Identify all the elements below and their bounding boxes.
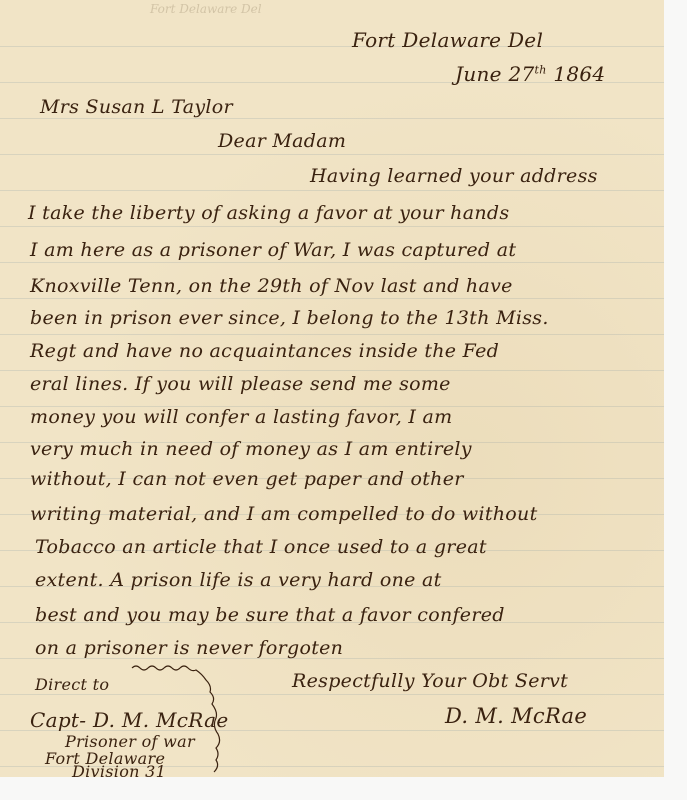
date-year: 1864 bbox=[553, 62, 605, 86]
body-line: been in prison ever since, I belong to t… bbox=[30, 307, 549, 329]
letter-paper: Fort Delaware Del Fort Delaware Del June… bbox=[0, 0, 664, 777]
body-line: extent. A prison life is a very hard one… bbox=[35, 569, 442, 591]
body-line: Tobacco an article that I once used to a… bbox=[35, 536, 487, 558]
signature: D. M. McRae bbox=[445, 704, 587, 728]
body-line: money you will confer a lasting favor, I… bbox=[30, 406, 452, 428]
letter-place: Fort Delaware Del bbox=[352, 28, 543, 52]
body-line: Regt and have no acquaintances inside th… bbox=[30, 340, 499, 362]
letter-date: June 27th 1864 bbox=[455, 62, 605, 86]
closing: Respectfully Your Obt Servt bbox=[292, 670, 568, 692]
body-line: Knoxville Tenn, on the 29th of Nov last … bbox=[30, 275, 513, 297]
body-line: writing material, and I am compelled to … bbox=[30, 503, 538, 525]
salutation: Dear Madam bbox=[218, 130, 346, 152]
body-line: very much in need of money as I am entir… bbox=[30, 438, 472, 460]
date-suffix: th bbox=[535, 63, 547, 76]
body-line: I take the liberty of asking a favor at … bbox=[28, 202, 509, 224]
address-bracket-flourish bbox=[130, 660, 270, 777]
body-line: Having learned your address bbox=[310, 165, 598, 187]
body-line: on a prisoner is never forgoten bbox=[35, 637, 343, 659]
recipient: Mrs Susan L Taylor bbox=[40, 96, 233, 118]
date-month-day: June 27 bbox=[455, 62, 535, 86]
body-line: best and you may be sure that a favor co… bbox=[35, 604, 505, 626]
body-line: without, I can not even get paper and ot… bbox=[30, 468, 464, 490]
direct-to-label: Direct to bbox=[35, 675, 109, 694]
body-line: I am here as a prisoner of War, I was ca… bbox=[30, 239, 516, 261]
bleed-through-text: Fort Delaware Del bbox=[150, 2, 262, 16]
body-line: eral lines. If you will please send me s… bbox=[30, 373, 451, 395]
